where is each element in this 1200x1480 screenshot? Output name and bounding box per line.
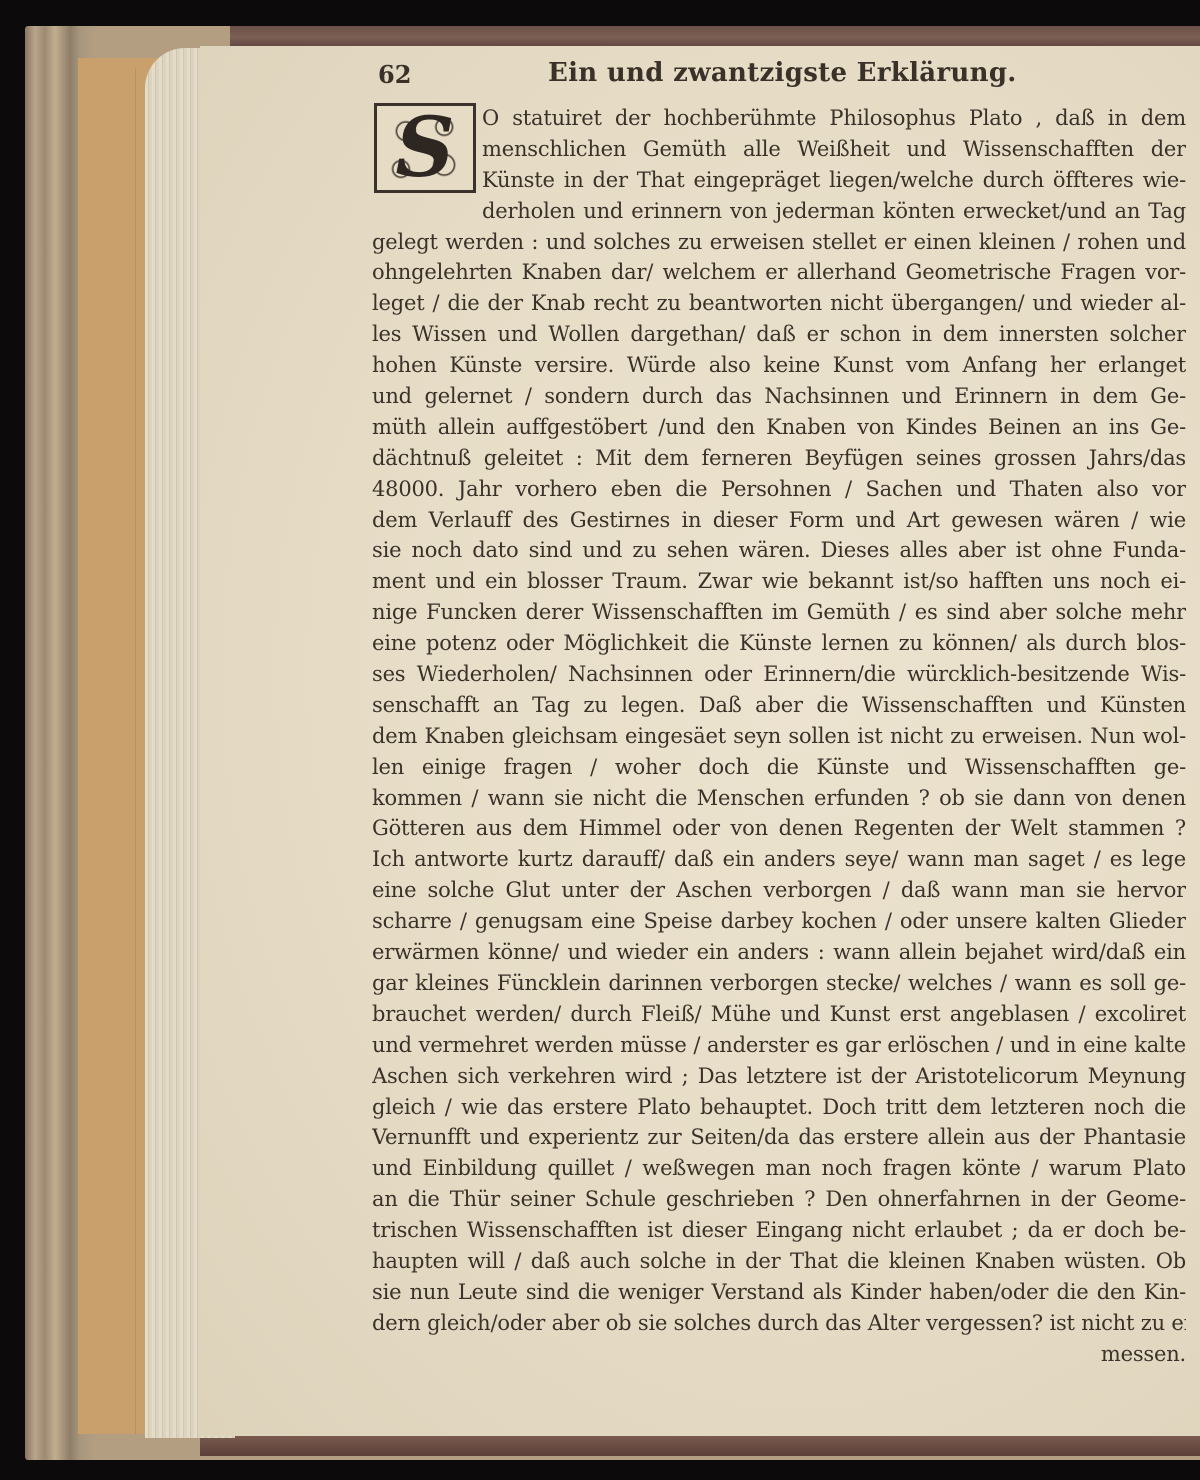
text-line: und gelernet / sondern durch das Nachsin…: [372, 381, 1186, 412]
text-line: len einige fragen / woher doch die Künst…: [372, 752, 1186, 783]
text-line: haupten will / daß auch solche in der Th…: [372, 1246, 1186, 1277]
text-line: und Einbildung quillet / weßwegen man no…: [372, 1153, 1186, 1184]
text-line: leget / die der Knab recht zu beantworte…: [372, 288, 1186, 319]
text-line: scharre / genugsam eine Speise darbey ko…: [372, 906, 1186, 937]
text-line: dem Verlauff des Gestirnes in dieser For…: [372, 505, 1186, 536]
text-line: gar kleines Füncklein darinnen verborgen…: [372, 968, 1186, 999]
text-line: Ich antworte kurtz darauff/ daß ein ande…: [372, 844, 1186, 875]
text-line: sie noch dato sind und zu sehen wären. D…: [372, 535, 1186, 566]
text-line: dem Knaben gleichsam eingesäet seyn soll…: [372, 721, 1186, 752]
text-line: trischen Wissenschafften ist dieser Eing…: [372, 1215, 1186, 1246]
text-line: eine solche Glut unter der Aschen verbor…: [372, 875, 1186, 906]
text-line: gleich / wie das erstere Plato behauptet…: [372, 1092, 1186, 1123]
text-line: an die Thür seiner Schule geschrieben ? …: [372, 1184, 1186, 1215]
text-line: dächtnuß geleitet : Mit dem ferneren Bey…: [372, 443, 1186, 474]
text-line: brauchet werden/ durch Fleiß/ Mühe und K…: [372, 999, 1186, 1030]
text-line: ses Wiederholen/ Nachsinnen oder Erinner…: [372, 659, 1186, 690]
running-title: Ein und zwantzigste Erklärung.: [548, 58, 1017, 88]
text-line: Vernunfft und experientz zur Seiten/da d…: [372, 1122, 1186, 1153]
text-line-final: messen.: [372, 1339, 1186, 1370]
cover-bottom-edge: [200, 1436, 1200, 1456]
text-line: Künste in der That eingepräget liegen/we…: [372, 165, 1186, 196]
text-line: les Wissen und Wollen dargethan/ daß er …: [372, 319, 1186, 350]
text-line: O statuiret der hochberühmte Philosophus…: [372, 103, 1186, 134]
text-line: sie nun Leute sind die weniger Verstand …: [372, 1277, 1186, 1308]
text-line: 48000. Jahr vorhero eben die Persohnen /…: [372, 474, 1186, 505]
text-line: erwärmen könne/ und wieder ein anders : …: [372, 937, 1186, 968]
text-line: Götteren aus dem Himmel oder von denen R…: [372, 813, 1186, 844]
text-line: derholen und erinnern von jederman könte…: [372, 196, 1186, 227]
text-line: hohen Künste versire. Würde also keine K…: [372, 350, 1186, 381]
page-header: 62 Ein und zwantzigste Erklärung.: [378, 60, 1178, 94]
page-number: 62: [378, 60, 411, 89]
text-line: ohngelehrten Knaben dar/ welchem er alle…: [372, 257, 1186, 288]
text-line: menschlichen Gemüth alle Weißheit und Wi…: [372, 134, 1186, 165]
text-line: eine potenz oder Möglichkeit die Künste …: [372, 628, 1186, 659]
text-line: nige Funcken derer Wissenschafften im Ge…: [372, 597, 1186, 628]
text-line: ment und ein blosser Traum. Zwar wie bek…: [372, 566, 1186, 597]
text-line: müth allein auffgestöbert /und den Knabe…: [372, 412, 1186, 443]
text-line: dern gleich/oder aber ob sie solches dur…: [372, 1308, 1186, 1339]
text-line: kommen / wann sie nicht die Menschen erf…: [372, 783, 1186, 814]
cover-top-edge: [230, 26, 1200, 48]
text-line: senschafft an Tag zu legen. Daß aber die…: [372, 690, 1186, 721]
body-text: O statuiret der hochberühmte Philosophus…: [372, 103, 1186, 1370]
text-line: gelegt werden : und solches zu erweisen …: [372, 227, 1186, 258]
text-line: und vermehret werden müsse / anderster e…: [372, 1030, 1186, 1061]
text-line: Aschen sich verkehren wird ; Das letzter…: [372, 1061, 1186, 1092]
